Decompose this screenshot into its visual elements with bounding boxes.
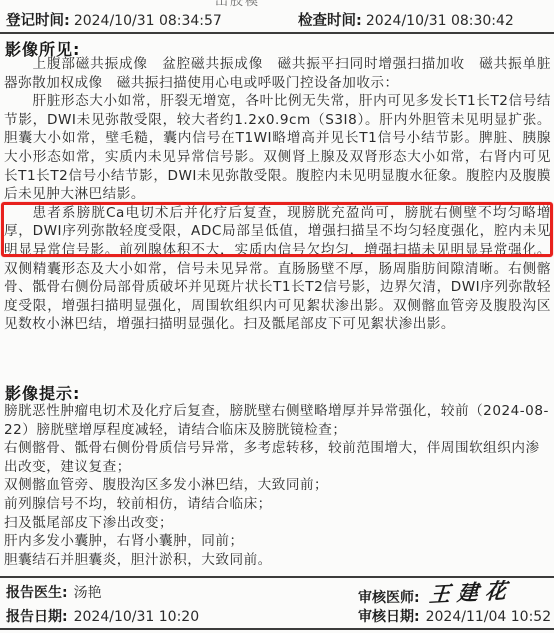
report-page: 出胶模 登记时间:2024/10/31 08:34:57 检查时间:2024/1… [0,0,554,633]
header-divider [0,32,554,34]
report-date: 报告日期:2024/10/31 10:20 [6,606,199,626]
impression-line: 胆囊结石并胆囊炎，胆汁淤积，大致同前。 [4,551,551,570]
report-date-value: 2024/10/31 10:20 [74,609,200,625]
exam-time-value: 2024/10/31 08:30:42 [366,13,514,29]
impression-line: 前列腺信号不均，较前相仿，请结合临床； [4,495,551,514]
review-doctor: 审核医师:王建花 [358,579,512,609]
report-date-label: 报告日期: [6,609,68,625]
impression-body: 膀胱恶性肿瘤电切术及化疗后复查，膀胱壁右侧壁略增厚并异常强化，较前（2024-0… [4,402,551,569]
impression-section-title: 影像提示: [5,381,80,404]
impression-line: 膀胱恶性肿瘤电切术及化疗后复查，膀胱壁右侧壁略增厚并异常强化，较前（2024-0… [4,402,551,439]
report-doctor: 报告医生:汤艳 [6,582,102,602]
report-doctor-label: 报告医生: [6,585,68,601]
report-doctor-name: 汤艳 [74,585,102,601]
review-doctor-label: 审核医师: [358,590,420,606]
registration-time-label: 登记时间: [6,13,70,29]
exam-time: 检查时间:2024/10/31 08:30:42 [298,9,514,30]
impression-line: 扫及骶尾部皮下渗出改变； [4,514,551,533]
impression-line: 右侧髂骨、骶骨右侧份骨质信号异常，多考虑转移，较前范围增大，伴周围软组织内渗出改… [4,439,551,476]
findings-paragraph: 肝脏形态大小如常，肝裂无增宽，各叶比例无失常，肝内可见多发长T1长T2信号结节影… [4,92,551,204]
findings-body: 上腹部磁共振成像 盆腔磁共振成像 磁共振平扫同时增强扫描加收 磁共振单脏器弥散加… [4,55,551,334]
findings-paragraph: 患者系膀胱Ca电切术后并化疗后复查，现膀胱充盈尚可，膀胱右侧壁不均匀略增厚，DW… [4,204,551,334]
findings-paragraph: 上腹部磁共振成像 盆腔磁共振成像 磁共振平扫同时增强扫描加收 磁共振单脏器弥散加… [4,55,551,92]
reviewer-signature: 王建花 [428,574,515,609]
review-date-label: 审核日期: [358,609,420,625]
exam-time-label: 检查时间: [298,13,362,29]
bottom-border-line [0,628,554,630]
review-date-value: 2024/11/04 10:52 [426,609,552,625]
clipped-text-fragment: 出胶模 [215,0,260,9]
registration-time: 登记时间:2024/10/31 08:34:57 [6,9,222,30]
registration-time-value: 2024/10/31 08:34:57 [74,13,222,29]
impression-line: 双侧髂血管旁、腹股沟区多发小淋巴结，大致同前； [4,476,551,495]
impression-line: 肝内多发小囊肿，右肾小囊肿，同前； [4,532,551,551]
review-date: 审核日期:2024/11/04 10:52 [358,606,551,626]
